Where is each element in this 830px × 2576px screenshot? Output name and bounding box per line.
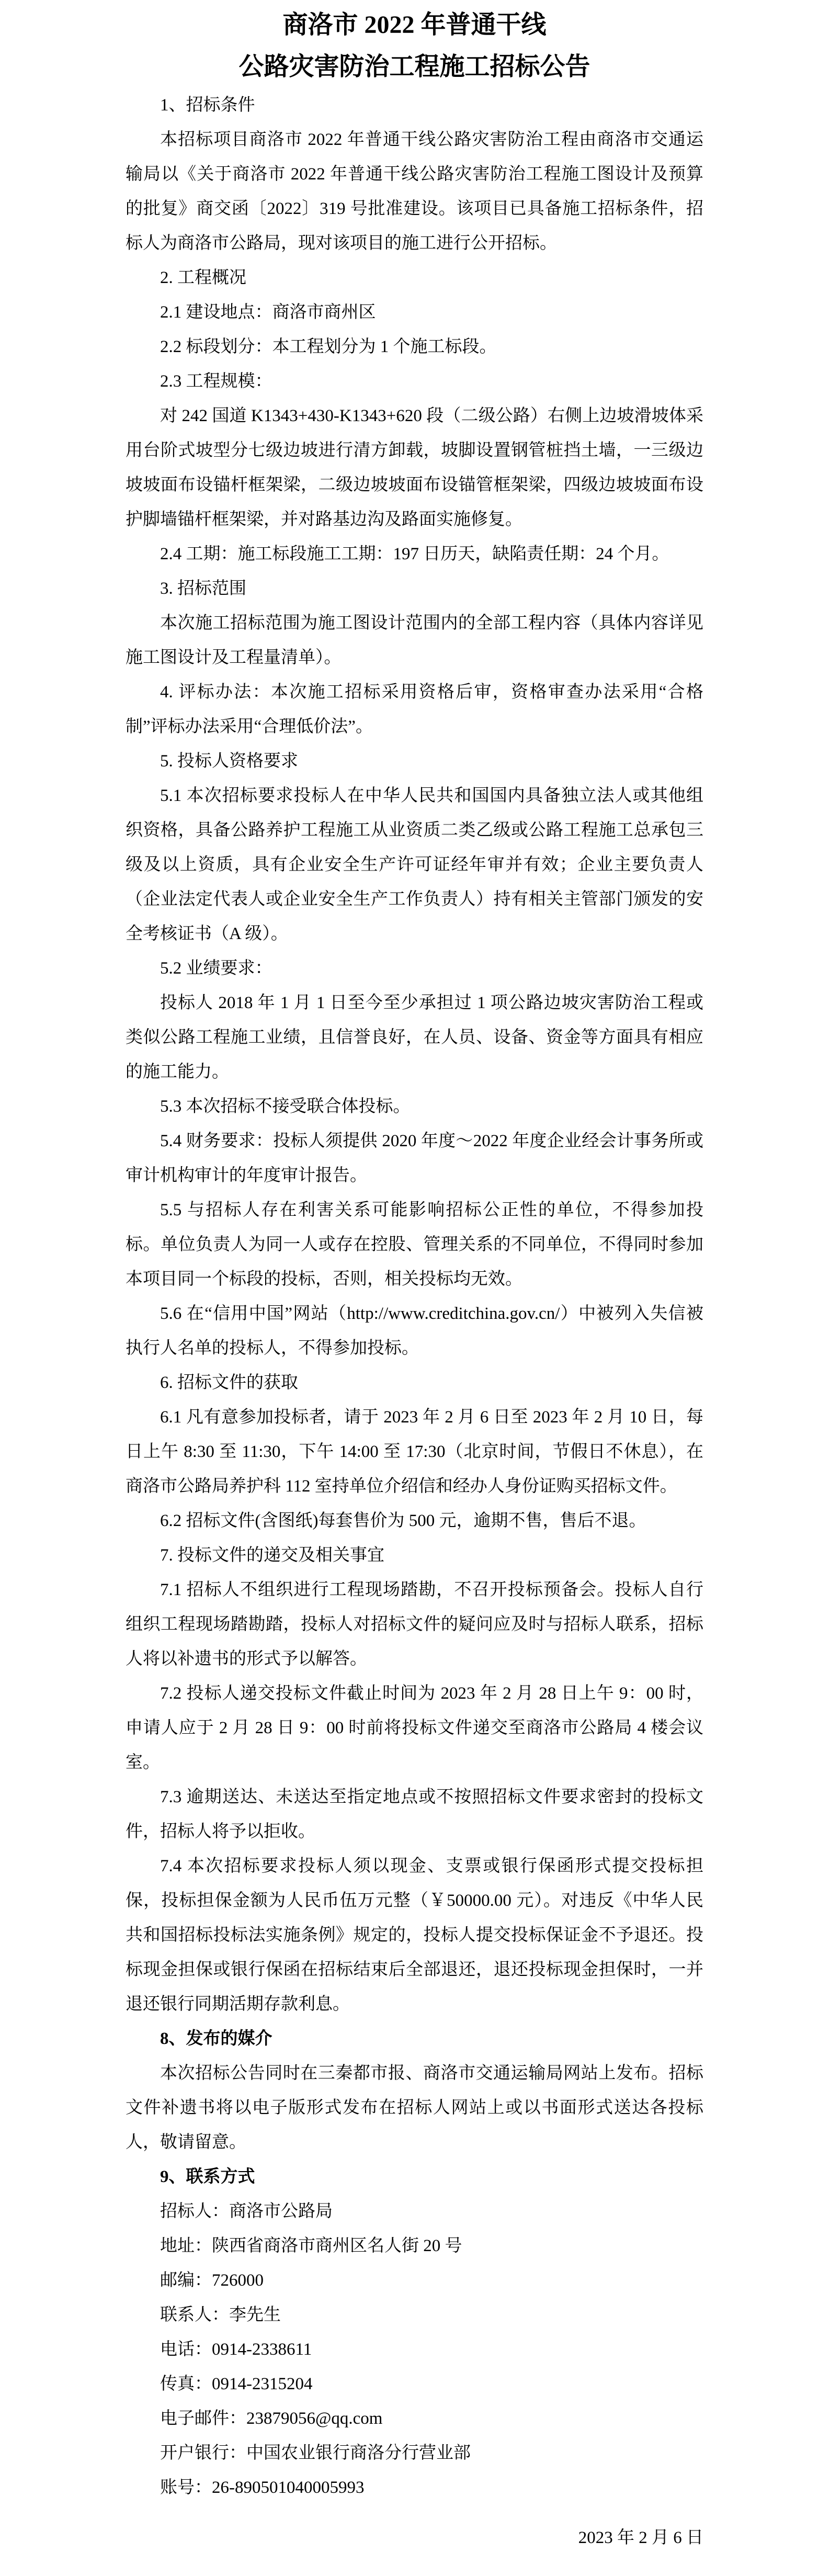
- para-tender-scope-body: 本次施工招标范围为施工图设计范围内的全部工程内容（具体内容详见施工图设计及工程量…: [126, 606, 703, 675]
- para-7-2-submission-deadline: 7.2 投标人递交投标文件截止时间为 2023 年 2 月 28 日上午 9：0…: [126, 1676, 703, 1780]
- para-7-4-bid-security: 7.4 本次招标要求投标人须以现金、支票或银行保函形式提交投标担保，投标担保金额…: [126, 1849, 703, 2021]
- para-tender-conditions-body: 本招标项目商洛市 2022 年普通干线公路灾害防治工程由商洛市交通运输局以《关于…: [126, 122, 703, 261]
- heading-7-bid-submission: 7. 投标文件的递交及相关事宜: [126, 1538, 703, 1573]
- para-publishing-media-body: 本次招标公告同时在三秦都市报、商洛市交通运输局网站上发布。招标文件补遗书将以电子…: [126, 2056, 703, 2160]
- para-7-1-site-survey: 7.1 招标人不组织进行工程现场踏勘，不召开投标预备会。投标人自行组织工程现场踏…: [126, 1573, 703, 1676]
- heading-9-contact-information: 9、联系方式: [126, 2160, 703, 2194]
- para-7-3-late-submission-rejected: 7.3 逾期送达、未送达至指定地点或不按照招标文件要求密封的投标文件，招标人将予…: [126, 1780, 703, 1849]
- para-2-4-construction-period: 2.4 工期：施工标段施工工期：197 日历天，缺陷责任期：24 个月。: [126, 537, 703, 571]
- para-5-1-qualification-requirements: 5.1 本次招标要求投标人在中华人民共和国国内具备独立法人或其他组织资格，具备公…: [126, 778, 703, 951]
- contact-email: 电子邮件：23879056@qq.com: [126, 2401, 703, 2436]
- heading-6-obtain-tender-documents: 6. 招标文件的获取: [126, 1365, 703, 1400]
- para-5-5-conflict-of-interest: 5.5 与招标人存在利害关系可能影响招标公正性的单位，不得参加投标。单位负责人为…: [126, 1193, 703, 1296]
- para-4-evaluation-method: 4. 评标办法：本次施工招标采用资格后审，资格审查办法采用“合格制”评标办法采用…: [126, 675, 703, 744]
- contact-person: 联系人：李先生: [126, 2298, 703, 2332]
- tender-announcement-document: 商洛市 2022 年普通干线 公路灾害防治工程施工招标公告 1、招标条件 本招标…: [0, 0, 830, 2576]
- heading-3-tender-scope: 3. 招标范围: [126, 571, 703, 606]
- announcement-date: 2023 年 2 月 6 日: [126, 2521, 703, 2555]
- contact-account-number: 账号：26-890501040005993: [126, 2470, 703, 2505]
- document-title: 商洛市 2022 年普通干线 公路灾害防治工程施工招标公告: [126, 4, 703, 88]
- document-title-line-2: 公路灾害防治工程施工招标公告: [126, 46, 703, 88]
- para-2-1-construction-location: 2.1 建设地点：商洛市商州区: [126, 295, 703, 330]
- contact-bank: 开户银行：中国农业银行商洛分行营业部: [126, 2436, 703, 2470]
- para-6-1-purchase-time-place: 6.1 凡有意参加投标者，请于 2023 年 2 月 6 日至 2023 年 2…: [126, 1400, 703, 1504]
- para-5-4-financial-requirements: 5.4 财务要求：投标人须提供 2020 年度～2022 年度企业经会计事务所或…: [126, 1124, 703, 1193]
- para-2-2-section-division: 2.2 标段划分：本工程划分为 1 个施工标段。: [126, 330, 703, 364]
- contact-fax: 传真：0914-2315204: [126, 2367, 703, 2401]
- para-5-2-performance-requirements-body: 投标人 2018 年 1 月 1 日至今至少承担过 1 项公路边坡灾害防治工程或…: [126, 986, 703, 1089]
- para-2-3-project-scale-body: 对 242 国道 K1343+430-K1343+620 段（二级公路）右侧上边…: [126, 399, 703, 537]
- para-5-3-no-consortium: 5.3 本次招标不接受联合体投标。: [126, 1089, 703, 1124]
- contact-tenderer: 招标人：商洛市公路局: [126, 2194, 703, 2229]
- heading-2-project-overview: 2. 工程概况: [126, 261, 703, 295]
- contact-address: 地址：陕西省商洛市商州区名人街 20 号: [126, 2229, 703, 2263]
- contact-postal-code: 邮编：726000: [126, 2263, 703, 2298]
- document-title-line-1: 商洛市 2022 年普通干线: [126, 4, 703, 46]
- contact-phone: 电话：0914-2338611: [126, 2332, 703, 2367]
- para-2-3-project-scale-label: 2.3 工程规模：: [126, 364, 703, 399]
- para-5-6-credit-china-blacklist: 5.6 在“信用中国”网站（http://www.creditchina.gov…: [126, 1296, 703, 1365]
- para-5-2-performance-requirements-label: 5.2 业绩要求：: [126, 951, 703, 986]
- heading-5-bidder-qualification: 5. 投标人资格要求: [126, 744, 703, 778]
- heading-1-tender-conditions: 1、招标条件: [126, 88, 703, 122]
- para-6-2-document-price: 6.2 招标文件(含图纸)每套售价为 500 元，逾期不售，售后不退。: [126, 1504, 703, 1538]
- heading-8-publishing-media: 8、发布的媒介: [126, 2021, 703, 2056]
